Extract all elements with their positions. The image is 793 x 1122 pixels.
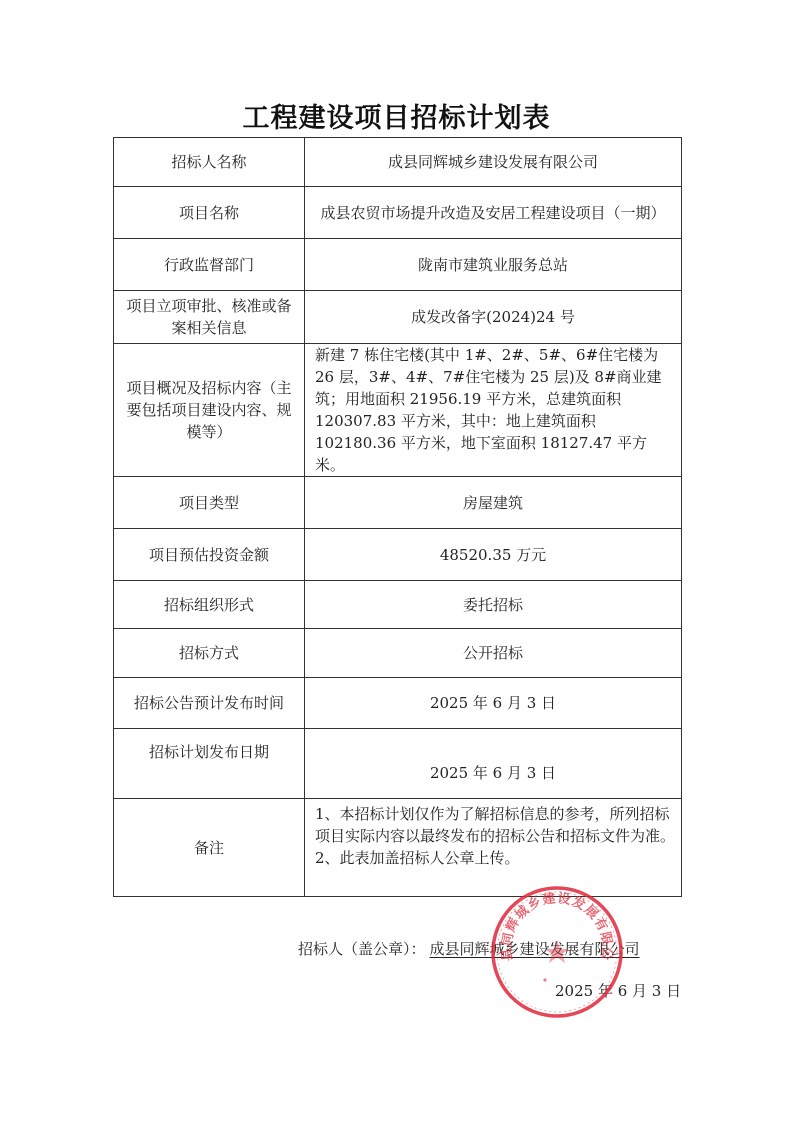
row-value-organization-form: 委托招标 [305,581,682,629]
row-label-project-overview: 项目概况及招标内容（主要包括项目建设内容、规模等） [114,344,305,477]
bidding-plan-table: 招标人名称 成县同辉城乡建设发展有限公司 项目名称 成县农贸市场提升改造及安居工… [113,137,682,897]
remark-line-1: 1、本招标计划仅作为了解招标信息的参考，所列招标项目实际内容以最终发布的招标公告… [315,803,675,847]
row-value-supervisor: 陇南市建筑业服务总站 [305,239,682,291]
signature-line: 招标人（盖公章）：成县同辉城乡建设发展有限公司 [298,938,644,959]
row-label-bidding-method: 招标方式 [114,629,305,678]
signature-label: 招标人（盖公章）： [298,940,426,958]
row-value-remarks: 1、本招标计划仅作为了解招标信息的参考，所列招标项目实际内容以最终发布的招标公告… [305,799,682,897]
row-label-bidder-name: 招标人名称 [114,138,305,187]
row-label-organization-form: 招标组织形式 [114,581,305,629]
table-row: 项目概况及招标内容（主要包括项目建设内容、规模等） 新建 7 栋住宅楼(其中 1… [114,344,682,477]
row-value-project-type: 房屋建筑 [305,477,682,529]
table-row: 招标公告预计发布时间 2025 年 6 月 3 日 [114,678,682,729]
row-value-project-name: 成县农贸市场提升改造及安居工程建设项目（一期） [305,187,682,239]
table-row: 招标计划发布日期 2025 年 6 月 3 日 [114,729,682,799]
row-value-announcement-time: 2025 年 6 月 3 日 [305,678,682,729]
table-row: 招标人名称 成县同辉城乡建设发展有限公司 [114,138,682,187]
row-value-investment: 48520.35 万元 [305,529,682,581]
row-label-remarks: 备注 [114,799,305,897]
row-label-investment: 项目预估投资金额 [114,529,305,581]
row-label-project-name: 项目名称 [114,187,305,239]
row-label-announcement-time: 招标公告预计发布时间 [114,678,305,729]
table-row: 招标组织形式 委托招标 [114,581,682,629]
table-row: 项目名称 成县农贸市场提升改造及安居工程建设项目（一期） [114,187,682,239]
table-row: 招标方式 公开招标 [114,629,682,678]
signature-date: 2025 年 6 月 3 日 [555,980,681,1001]
row-value-project-overview: 新建 7 栋住宅楼(其中 1#、2#、5#、6#住宅楼为 26 层，3#、4#、… [305,344,682,477]
table-row: 项目类型 房屋建筑 [114,477,682,529]
row-value-bidder-name: 成县同辉城乡建设发展有限公司 [305,138,682,187]
document-title: 工程建设项目招标计划表 [0,96,793,135]
signature-company: 成县同辉城乡建设发展有限公司 [426,940,644,958]
row-label-approval-info: 项目立项审批、核准或备案相关信息 [114,291,305,344]
table-row: 项目立项审批、核准或备案相关信息 成发改备字(2024)24 号 [114,291,682,344]
row-value-approval-info: 成发改备字(2024)24 号 [305,291,682,344]
table-row: 行政监督部门 陇南市建筑业服务总站 [114,239,682,291]
row-label-project-type: 项目类型 [114,477,305,529]
row-label-supervisor: 行政监督部门 [114,239,305,291]
row-label-plan-release-date: 招标计划发布日期 [114,729,305,799]
table-row: 项目预估投资金额 48520.35 万元 [114,529,682,581]
remark-line-2: 2、此表加盖招标人公章上传。 [315,847,675,869]
row-value-bidding-method: 公开招标 [305,629,682,678]
row-value-plan-release-date: 2025 年 6 月 3 日 [305,729,682,799]
table-row: 备注 1、本招标计划仅作为了解招标信息的参考，所列招标项目实际内容以最终发布的招… [114,799,682,897]
